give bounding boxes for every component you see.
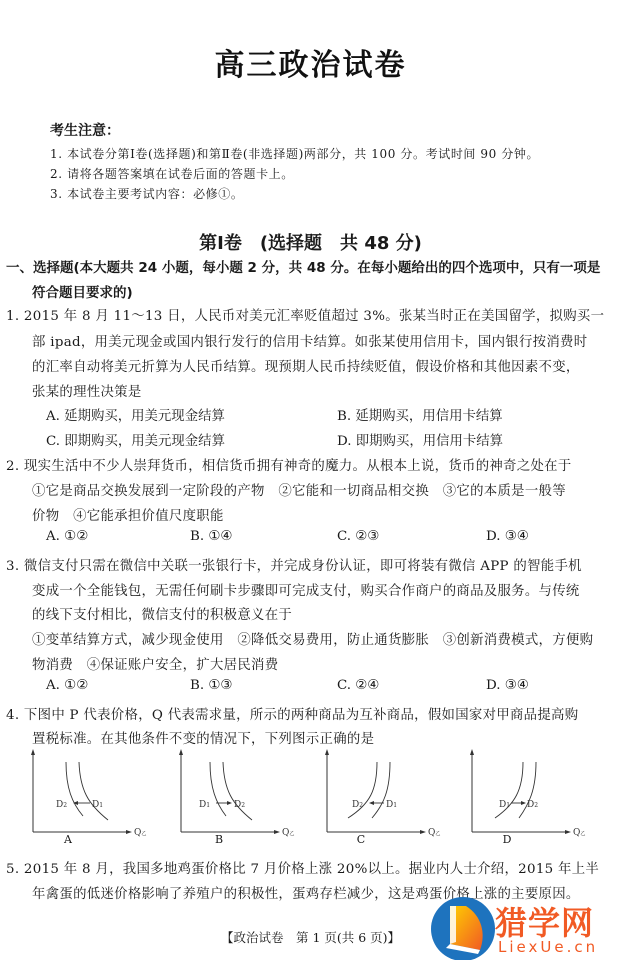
question-text: ①变革结算方式，减少现金使用 ②降低交易费用，防止通货膨胀 ③创新消费模式，方便… [32, 629, 593, 648]
svg-text:Q乙: Q乙 [134, 828, 146, 838]
option-c: C. 即期购买，用美元现金结算 [46, 430, 225, 449]
graph-c: P乙 Q乙 D2 D1 [322, 748, 462, 848]
graph-d: P乙 Q乙 D1 D2 [467, 748, 607, 848]
page-title: 高三政治试卷 [0, 40, 621, 84]
svg-text:Q乙: Q乙 [428, 828, 440, 838]
liexue-logo-icon [428, 894, 498, 960]
watermark-url: LiexUe.cn [498, 938, 598, 956]
notice-item: 3. 本试卷主要考试内容：必修①。 [50, 185, 243, 202]
question-text: 的线下支付相比，微信支付的积极意义在于 [32, 604, 292, 623]
question-text: 部 ipad，用美元现金或国内银行发行的信用卡结算。如张某使用信用卡，国内银行按… [32, 331, 587, 350]
notice-heading: 考生注意： [50, 120, 120, 140]
graph-b: P甲 Q乙 D1 D2 [176, 748, 316, 848]
option-d: D. 即期购买，用信用卡结算 [337, 430, 503, 449]
notice-item: 1. 本试卷分第Ⅰ卷(选择题)和第Ⅱ卷(非选择题)两部分，共 100 分。考试时… [50, 145, 539, 162]
question-text: 2. 现实生活中不少人崇拜货币，相信货币拥有神奇的魔力。从根本上说，货币的神奇之… [6, 455, 572, 474]
svg-text:D2: D2 [527, 800, 538, 810]
svg-text:Q乙: Q乙 [573, 828, 585, 838]
option-d: D. ③④ [486, 678, 529, 693]
part-instruction: 一、选择题(本大题共 24 小题，每小题 2 分，共 48 分。在每小题给出的四… [6, 256, 600, 276]
option-d: D. ③④ [486, 529, 529, 544]
question-text: 3. 微信支付只需在微信中关联一张银行卡，并完成身份认证，即可将装有微信 APP… [6, 555, 582, 574]
svg-text:D2: D2 [234, 800, 245, 810]
option-c: C. ②③ [337, 529, 379, 544]
question-text: 变成一个全能钱包，无需任何刷卡步骤即可完成支付，购买合作商户的商品及服务。与传统 [32, 580, 580, 599]
notice-item: 2. 请将各题答案填在试卷后面的答题卡上。 [50, 165, 294, 182]
question-text: 的汇率自动将美元折算为人民币结算。现预期人民币持续贬值，假设价格和其他因素不变， [32, 356, 580, 375]
option-a: A. ①② [46, 678, 88, 693]
question-text: 4. 下图中 P 代表价格，Q 代表需求量，所示的两种商品为互补商品，假如国家对… [6, 704, 578, 723]
demand-shift-chart: P甲 Q乙 D2 D1 [28, 748, 168, 848]
option-b: B. 延期购买，用信用卡结算 [337, 405, 503, 424]
svg-text:Q乙: Q乙 [282, 828, 294, 838]
svg-text:D1: D1 [92, 800, 103, 810]
svg-text:D1: D1 [499, 800, 510, 810]
demand-shift-chart: P乙 Q乙 D1 D2 [467, 748, 607, 848]
question-text: 置税标准。在其他条件不变的情况下，下列图示正确的是 [32, 728, 374, 747]
question-text: 价物 ④它能承担价值尺度职能 [32, 505, 224, 524]
svg-text:D2: D2 [56, 800, 67, 810]
question-text: ①它是商品交换发展到一定阶段的产物 ②它能和一切商品相交换 ③它的本质是一般等 [32, 480, 566, 499]
option-b: B. ①③ [190, 678, 232, 693]
question-text: 1. 2015 年 8 月 11～13 日，人民币对美元汇率贬值超过 3%。张某… [6, 305, 604, 324]
graph-label-b: B [209, 833, 229, 846]
option-a: A. 延期购买，用美元现金结算 [46, 405, 225, 424]
option-c: C. ②④ [337, 678, 379, 693]
graph-label-a: A [58, 833, 78, 846]
question-text: 张某的理性决策是 [32, 381, 142, 400]
question-text: 物消费 ④保证账户安全，扩大居民消费 [32, 654, 278, 673]
graph-a: P甲 Q乙 D2 D1 [28, 748, 168, 848]
graph-label-c: C [351, 833, 371, 846]
svg-text:D1: D1 [386, 800, 397, 810]
graph-label-d: D [497, 833, 517, 846]
option-a: A. ①② [46, 529, 88, 544]
svg-text:D1: D1 [199, 800, 210, 810]
question-text: 5. 2015 年 8 月，我国多地鸡蛋价格比 7 月价格上涨 20%以上。据业… [6, 858, 599, 877]
demand-shift-chart: P乙 Q乙 D2 D1 [322, 748, 462, 848]
part-instruction-cont: 符合题目要求的) [32, 281, 133, 301]
svg-text:D2: D2 [352, 800, 363, 810]
section-title: 第Ⅰ卷 (选择题 共 48 分) [0, 229, 621, 255]
option-b: B. ①④ [190, 529, 232, 544]
demand-shift-chart: P甲 Q乙 D1 D2 [176, 748, 316, 848]
